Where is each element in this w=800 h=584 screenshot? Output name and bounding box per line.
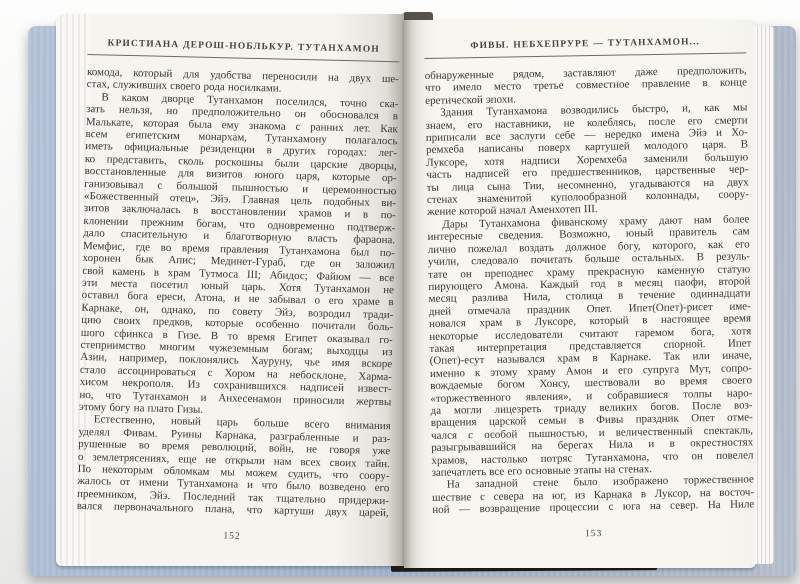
page-edges [754,26,774,564]
left-page-text: КРИСТИАНА ДЕРОШ-НОБЛЬКУР. ТУТАНХАМОН ком… [76,30,400,546]
running-header-right: ФИВЫ. НЕБХЕПРУРЕ — ТУТАНХАМОН... [424,36,746,59]
book-photo: КРИСТИАНА ДЕРОШ-НОБЛЬКУР. ТУТАНХАМОН ком… [0,0,800,584]
left-page-body: комода, который для удобства переносили … [77,66,399,520]
right-page-body: обнаруженные рядом, заставляют даже пред… [425,64,755,516]
running-header-left: КРИСТИАНА ДЕРОШ-НОБЛЬКУР. ТУТАНХАМОН [87,38,399,62]
right-page-text: ФИВЫ. НЕБХЕПРУРЕ — ТУТАНХАМОН... обнаруж… [424,28,755,543]
